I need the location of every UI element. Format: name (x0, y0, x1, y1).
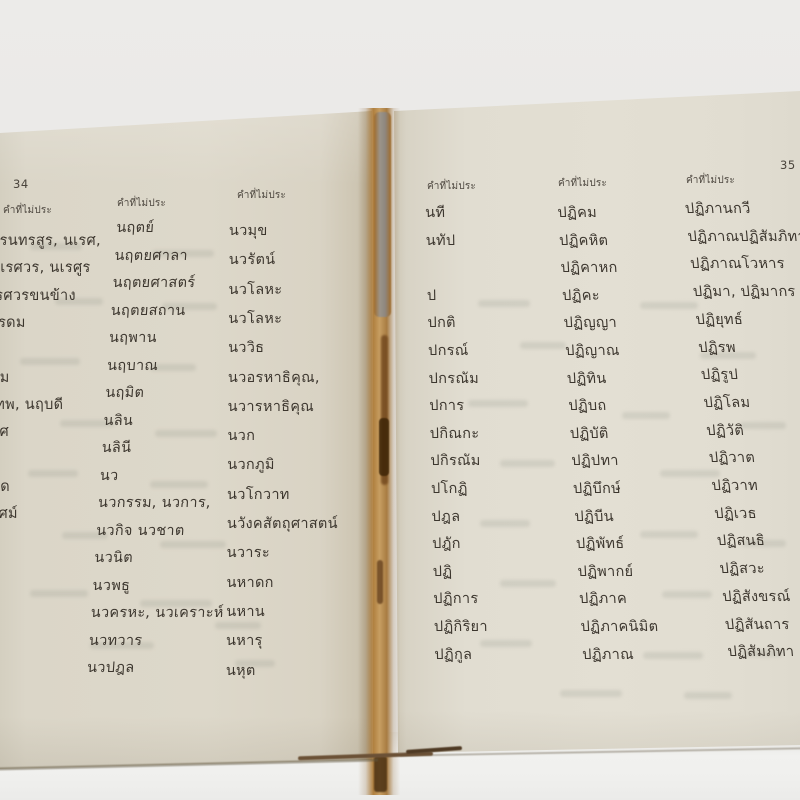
word-entry: นฤพาน (108, 328, 157, 348)
word-entry: นว (99, 466, 119, 486)
word-entry: นวนิต (94, 548, 134, 568)
word-entry: ปฏิภาณ (582, 645, 635, 665)
word-entry: ปกิณกะ (430, 424, 480, 444)
word-entry: ปฏิญาณ (565, 341, 621, 361)
word-entry: ปฏิทิน (566, 369, 607, 389)
word-entry: แรนทรสูร, นเรศ, (0, 231, 101, 251)
column-header: คำที่ไม่ประ (3, 203, 52, 218)
word-entry: ปฏิกิริยา (434, 617, 488, 637)
word-entry: ปฏิโลม (703, 393, 752, 413)
word-entry: ปฏิรพ (697, 338, 736, 358)
word-entry: ปฏิภาณปฏิสัมภิทา (687, 227, 800, 247)
word-entry: ปฏิญญา (563, 313, 617, 333)
word-entry: ปฏิบีน (574, 507, 614, 527)
column-header: คำที่ไม่ประ (117, 196, 166, 211)
word-entry: ปฏิสันถาร (724, 615, 790, 635)
word-entry: โรดม (0, 313, 26, 333)
word-entry: นวกิจ นวชาต (96, 521, 186, 541)
book-photo: 34 35 คำที่ไม่ประ คำที่ไม่ประ คำที่ไม่ปร… (0, 0, 800, 800)
word-entry: ปฏิคหิต (559, 231, 609, 251)
word-entry: ปฏิพัทธ์ (576, 534, 626, 554)
word-entry: ป (427, 286, 437, 306)
word-entry: ปฏิคม (557, 203, 598, 223)
column-header: คำที่ไม่ประ (558, 176, 607, 191)
word-entry: นิด (0, 477, 10, 497)
word-entry: นวปฎล (86, 658, 135, 678)
word-entry: ปฏิมา, ปฏิมากร (692, 282, 797, 302)
word-entry: ปฏิสังขรณ์ (721, 587, 791, 607)
word-entry: บศ (0, 422, 9, 442)
word-entry: ปฏิภาณโวหาร (689, 254, 785, 274)
word-entry: นทัป (426, 231, 456, 251)
word-entry: เทพ, นฤบดี (0, 395, 63, 415)
word-entry: นฤตยศาลา (114, 246, 189, 266)
word-entry: ปฏิบึกษ์ (572, 479, 621, 499)
word-entry: นวพธู (92, 576, 131, 596)
word-entry: ปฎล (431, 507, 460, 527)
word-entry: นเรศวร, นเรศูร (0, 258, 91, 278)
word-entry: ปฏิเวธ (713, 504, 757, 524)
word-entry: ปฏิพากย์ (577, 562, 634, 582)
page-number-right: 35 (780, 158, 796, 172)
word-entry: นหาดก (226, 573, 273, 593)
word-entry: ดม (0, 368, 10, 388)
word-entry: ปฏิภาคนิมิต (580, 617, 659, 637)
word-entry: ปโกฏิ (431, 479, 468, 499)
word-entry: นฤตย์ (116, 218, 155, 238)
word-entry: ปฏิกูล (434, 645, 472, 665)
word-entry: ปฏิสนธิ (716, 531, 766, 551)
column-header: คำที่ไม่ประ (237, 188, 286, 203)
word-entry: ปกรณ์ (428, 341, 469, 361)
word-entry: นหาน (226, 602, 265, 622)
printed-text-layer: 34 35 คำที่ไม่ประ คำที่ไม่ประ คำที่ไม่ปร… (0, 0, 800, 800)
word-entry: ปฏิรูป (700, 365, 739, 385)
word-entry: นวกภูมิ (227, 455, 275, 475)
word-entry: ปฏิคาหก (560, 258, 618, 278)
word-entry: นหารุ (226, 631, 263, 651)
word-entry: ปฏิบถ (568, 396, 607, 416)
word-entry: นฤบาณ (107, 356, 159, 376)
word-entry: นวอรหาธิคุณ, (228, 368, 320, 388)
word-entry: นวโลหะ (228, 280, 282, 300)
word-entry: นที (425, 203, 445, 223)
word-entry: นวมุข (229, 221, 268, 241)
word-entry: ปกิรณัม (430, 451, 481, 471)
word-entry: นวทวาร (88, 631, 143, 651)
column-header: คำที่ไม่ประ (427, 179, 476, 194)
word-entry: ปการ (429, 396, 465, 416)
word-entry: ปฎัก (432, 534, 461, 554)
word-entry: ปฏิการ (433, 589, 479, 609)
word-entry: นวาระ (227, 543, 270, 563)
word-entry: นฤตยศาสตร์ (112, 273, 196, 293)
word-entry: นฤมิต (105, 383, 145, 403)
word-entry: ปฏิสวะ (719, 559, 766, 579)
word-entry: นวโลหะ (228, 309, 282, 329)
word-entry: นวารหาธิคุณ (228, 397, 315, 417)
word-entry: ปฏิวาท (711, 476, 759, 496)
word-entry: นลินี (101, 438, 132, 458)
column-header: คำที่ไม่ประ (686, 173, 735, 188)
word-entry: นวก (227, 426, 255, 446)
word-entry: ปกรณัม (428, 369, 479, 389)
word-entry: นหุต (226, 661, 256, 681)
word-entry: ปฏิคะ (562, 286, 601, 306)
page-number-left: 34 (13, 177, 29, 191)
word-entry: ปฏิปทา (571, 451, 619, 471)
word-entry: ปฏิวาต (708, 448, 756, 468)
word-entry: ปกติ (427, 313, 456, 333)
word-entry: นวครหะ, นวเคราะห์ (90, 603, 224, 623)
word-entry: นววิธ (228, 338, 264, 358)
word-entry: นวโกวาท (227, 485, 290, 505)
word-entry: นวังคสัตถุศาสตน์ (227, 514, 338, 534)
word-entry: ปฏิบัติ (569, 424, 609, 444)
word-entry: นลิน (103, 411, 134, 431)
word-entry: ปฏิยุทธ์ (695, 310, 744, 330)
word-entry: เรศวรขนข้าง (0, 286, 76, 306)
word-entry: ปฏิสัมภิทา (727, 642, 796, 662)
word-entry: วศม์ (0, 504, 18, 524)
word-entry: ปฏิภาค (579, 589, 628, 609)
word-entry: ปฏิ (433, 562, 453, 582)
word-entry: นฤตยสถาน (110, 301, 186, 321)
word-entry: ปฏิภานกวี (684, 199, 752, 219)
word-entry: ปฏิวัติ (705, 421, 745, 441)
word-entry: นวกรรม, นวการ, (97, 493, 211, 513)
word-entry: นวรัตน์ (229, 250, 276, 270)
